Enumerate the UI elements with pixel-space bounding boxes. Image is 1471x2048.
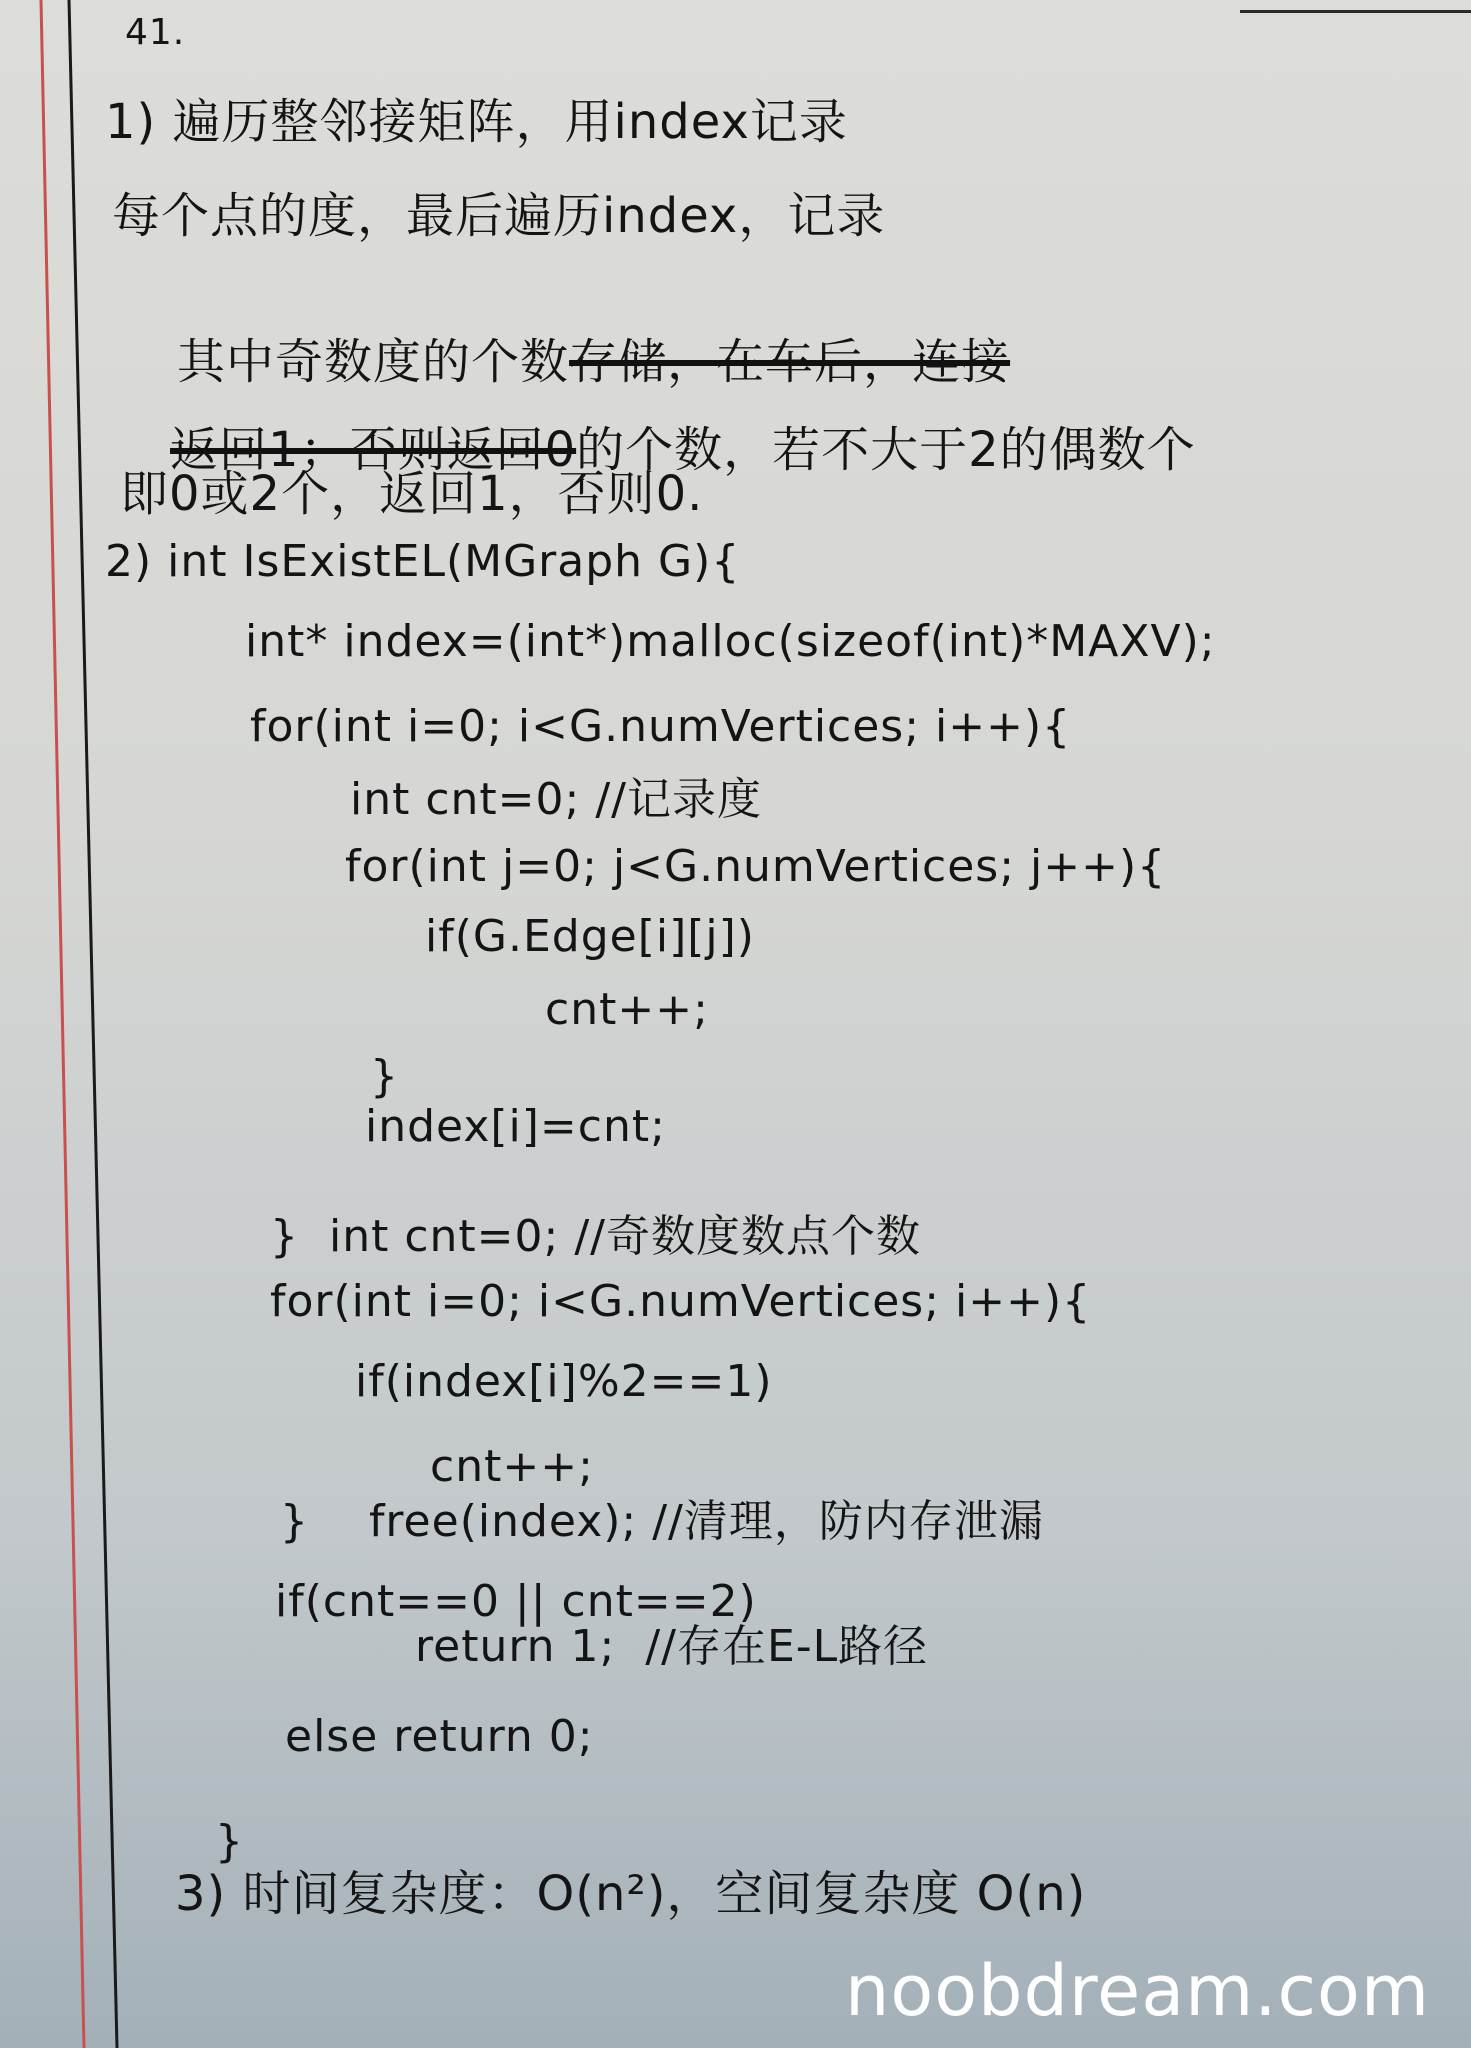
code-line-1: int* index=(int*)malloc(sizeof(int)*MAXV…	[245, 620, 1216, 664]
code-line-8: index[i]=cnt;	[365, 1105, 666, 1149]
part3-complexity: 3) 时间复杂度：O(n²)，空间复杂度 O(n)	[175, 1870, 1086, 1918]
code-line-7: }	[370, 1055, 399, 1099]
watermark: noobdream.com	[845, 1950, 1430, 2032]
code-line-17: }	[215, 1820, 244, 1864]
code-line-11: if(index[i]%2==1)	[355, 1360, 773, 1404]
code-line-4: for(int j=0; j<G.numVertices; j++){	[345, 845, 1166, 889]
handwritten-page: 41. 1) 遍历整邻接矩阵，用index记录 每个点的度，最后遍历index，…	[0, 0, 1471, 2048]
code-line-9: } int cnt=0; //奇数度数点个数	[270, 1215, 921, 1259]
code-line-15: return 1; //存在E-L路径	[415, 1625, 928, 1669]
code-line-12: cnt++;	[430, 1445, 594, 1489]
question-number: 41.	[125, 15, 185, 51]
part1-line-1: 1) 遍历整邻接矩阵，用index记录	[105, 98, 848, 146]
code-line-14: if(cnt==0 || cnt==2)	[275, 1580, 757, 1624]
code-line-5: if(G.Edge[i][j])	[425, 915, 755, 959]
code-line-16: else return 0;	[285, 1715, 594, 1759]
code-line-13: } free(index); //清理，防内存泄漏	[280, 1500, 1044, 1544]
part1-line-5: 即0或2个，返回1，否则0.	[120, 470, 703, 518]
function-signature: 2) int IsExistEL(MGraph G){	[105, 540, 740, 584]
part1-line-2: 每个点的度，最后遍历index，记录	[112, 192, 885, 240]
code-line-3: int cnt=0; //记录度	[350, 778, 762, 822]
code-line-2: for(int i=0; i<G.numVertices; i++){	[250, 705, 1071, 749]
code-line-6: cnt++;	[545, 988, 709, 1032]
code-line-10: for(int i=0; i<G.numVertices; i++){	[270, 1280, 1091, 1324]
